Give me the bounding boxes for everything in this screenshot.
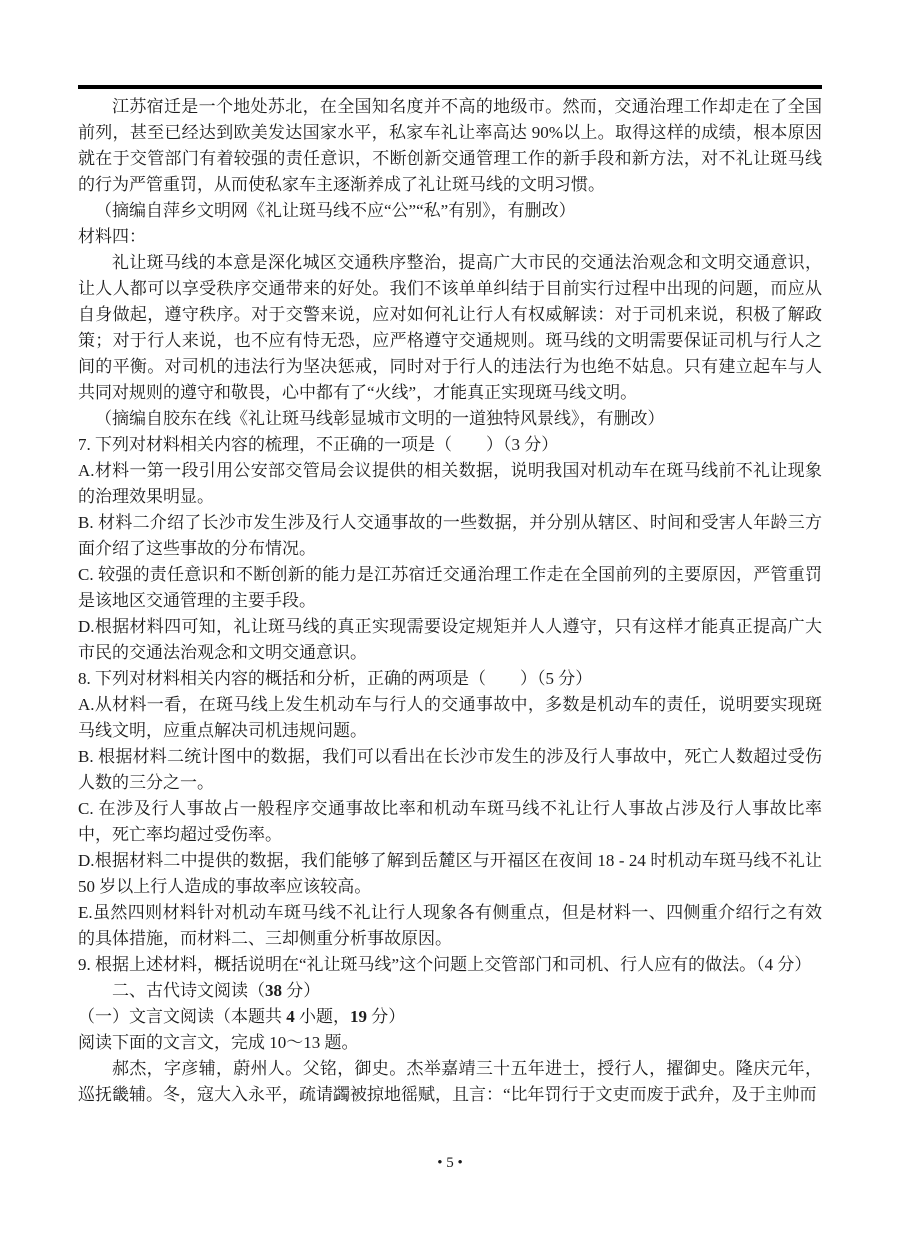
question-8-option-e: E.虽然四则材料针对机动车斑马线不礼让行人现象各有侧重点，但是材料一、四侧重介绍… xyxy=(78,900,822,952)
header-rule xyxy=(78,85,822,89)
subsection-one-count: 4 xyxy=(286,1007,295,1026)
question-8-option-d: D.根据材料二中提供的数据，我们能够了解到岳麓区与开福区在夜间 18 - 24 … xyxy=(78,848,822,900)
subsection-one-score: 19 xyxy=(350,1007,367,1026)
question-7-option-d: D.根据材料四可知，礼让斑马线的真正实现需要设定规矩并人人遵守，只有这样才能真正… xyxy=(78,614,822,666)
question-7-option-a: A.材料一第一段引用公安部交管局会议提供的相关数据，说明我国对机动车在斑马线前不… xyxy=(78,458,822,510)
material-four-body: 礼让斑马线的本意是深化城区交通秩序整治，提高广大市民的交通法治观念和文明交通意识… xyxy=(78,250,822,406)
question-8-option-a: A.从材料一看，在斑马线上发生机动车与行人的交通事故中，多数是机动车的责任，说明… xyxy=(78,692,822,744)
subsection-one-heading-text: （一）文言文阅读（本题共 xyxy=(78,1007,286,1026)
material-three-body: 江苏宿迁是一个地处苏北，在全国知名度并不高的地级市。然而，交通治理工作却走在了全… xyxy=(78,94,822,198)
material-three-source: （摘编自萍乡文明网《礼让斑马线不应“公”“私”有别》，有删改） xyxy=(78,198,822,224)
question-8-option-b: B. 根据材料二统计图中的数据，我们可以看出在长沙市发生的涉及行人事故中，死亡人… xyxy=(78,744,822,796)
question-9-stem: 9. 根据上述材料，概括说明在“礼让斑马线”这个问题上交管部门和司机、行人应有的… xyxy=(78,952,822,978)
section-two-heading-text: 二、古代诗文阅读（ xyxy=(112,981,265,1000)
question-7-stem: 7. 下列对材料相关内容的梳理，不正确的一项是（ ）（3 分） xyxy=(78,432,822,458)
question-7-option-c: C. 较强的责任意识和不断创新的能力是江苏宿迁交通治理工作走在全国前列的主要原因… xyxy=(78,562,822,614)
reading-instruction: 阅读下面的文言文，完成 10～13 题。 xyxy=(78,1030,822,1056)
material-four-label: 材料四： xyxy=(78,224,822,250)
question-7-option-b: B. 材料二介绍了长沙市发生涉及行人交通事故的一些数据，并分别从辖区、时间和受害… xyxy=(78,510,822,562)
section-two-heading: 二、古代诗文阅读（38 分） xyxy=(78,978,822,1004)
document-content: 江苏宿迁是一个地处苏北，在全国知名度并不高的地级市。然而，交通治理工作却走在了全… xyxy=(78,94,822,1108)
subsection-one-heading: （一）文言文阅读（本题共 4 小题，19 分） xyxy=(78,1004,822,1030)
page-number: • 5 • xyxy=(0,1155,900,1172)
question-8-stem: 8. 下列对材料相关内容的概括和分析，正确的两项是（ ）（5 分） xyxy=(78,666,822,692)
exam-page: 江苏宿迁是一个地处苏北，在全国知名度并不高的地级市。然而，交通治理工作却走在了全… xyxy=(0,0,900,1246)
classical-passage: 郝杰，字彦辅，蔚州人。父铭，御史。杰举嘉靖三十五年进士，授行人，擢御史。隆庆元年… xyxy=(78,1056,822,1108)
section-two-score: 38 xyxy=(265,981,282,1000)
subsection-one-heading-suffix: 分） xyxy=(367,1007,405,1026)
section-two-heading-suffix: 分） xyxy=(282,981,320,1000)
subsection-one-heading-mid: 小题， xyxy=(295,1007,350,1026)
question-8-option-c: C. 在涉及行人事故占一般程序交通事故比率和机动车斑马线不礼让行人事故占涉及行人… xyxy=(78,796,822,848)
material-four-source: （摘编自胶东在线《礼让斑马线彰显城市文明的一道独特风景线》，有删改） xyxy=(78,406,822,432)
